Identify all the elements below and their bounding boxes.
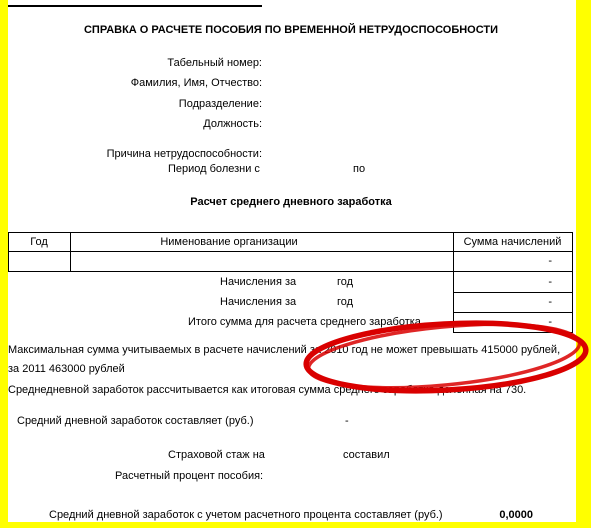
table-header-organization: Нименование организации <box>70 236 388 249</box>
table-border <box>8 271 572 272</box>
full-name-label: Фамилия, Имя, Отчество: <box>131 77 262 90</box>
position-label: Должность: <box>203 118 262 131</box>
final-avg-daily-label: Средний дневной заработок с учетом расче… <box>49 509 443 522</box>
table-border <box>8 232 572 233</box>
frame-right-border <box>576 0 591 528</box>
max-sum-note-line2: за 2011 463000 рублей <box>8 363 125 376</box>
insurance-period-suffix: составил <box>343 449 390 462</box>
sum-cell: - <box>453 296 552 309</box>
table-border <box>453 332 572 333</box>
illness-period-from-label: Период болезни с <box>168 163 260 176</box>
frame-left-border <box>0 0 8 528</box>
section-title: Расчет среднего дневного заработка <box>8 196 574 209</box>
accruals-for-label: Начисления за <box>220 276 296 289</box>
year-word: год <box>337 296 353 309</box>
document-title: СПРАВКА О РАСЧЕТЕ ПОСОБИЯ ПО ВРЕМЕННОЙ Н… <box>8 24 574 37</box>
avg-daily-value: - <box>345 415 349 428</box>
sum-cell: - <box>453 316 552 329</box>
accruals-for-label: Начисления за <box>220 296 296 309</box>
avg-daily-rule-note: Среднедневной заработок рассчитывается к… <box>8 384 526 397</box>
table-header-sum: Сумма начислений <box>453 236 572 249</box>
table-border <box>453 312 572 313</box>
benefit-percent-label: Расчетный процент пособия: <box>115 470 263 483</box>
sum-cell: - <box>453 276 552 289</box>
year-word: год <box>337 276 353 289</box>
max-sum-note-line1: Максимальная сумма учитываемых в расчете… <box>8 344 560 357</box>
frame-bottom-border <box>0 522 591 528</box>
final-avg-daily-value: 0,0000 <box>499 509 533 522</box>
table-header-year: Год <box>8 236 70 249</box>
table-border <box>453 292 572 293</box>
disability-benefit-certificate: СПРАВКА О РАСЧЕТЕ ПОСОБИЯ ПО ВРЕМЕННОЙ Н… <box>0 0 591 528</box>
incapacity-reason-label: Причина нетрудоспособности: <box>107 148 262 161</box>
department-label: Подразделение: <box>179 98 262 111</box>
insurance-period-label: Страховой стаж на <box>168 449 265 462</box>
table-border <box>572 232 573 333</box>
top-cell-rule <box>8 5 262 7</box>
illness-period-to-label: по <box>353 163 365 176</box>
avg-daily-label: Средний дневной заработок составляет (ру… <box>17 415 253 428</box>
sum-cell: - <box>453 255 552 268</box>
table-border <box>8 251 572 252</box>
personnel-number-label: Табельный номер: <box>167 57 262 70</box>
total-sum-label: Итого сумма для расчета среднего заработ… <box>188 316 421 329</box>
